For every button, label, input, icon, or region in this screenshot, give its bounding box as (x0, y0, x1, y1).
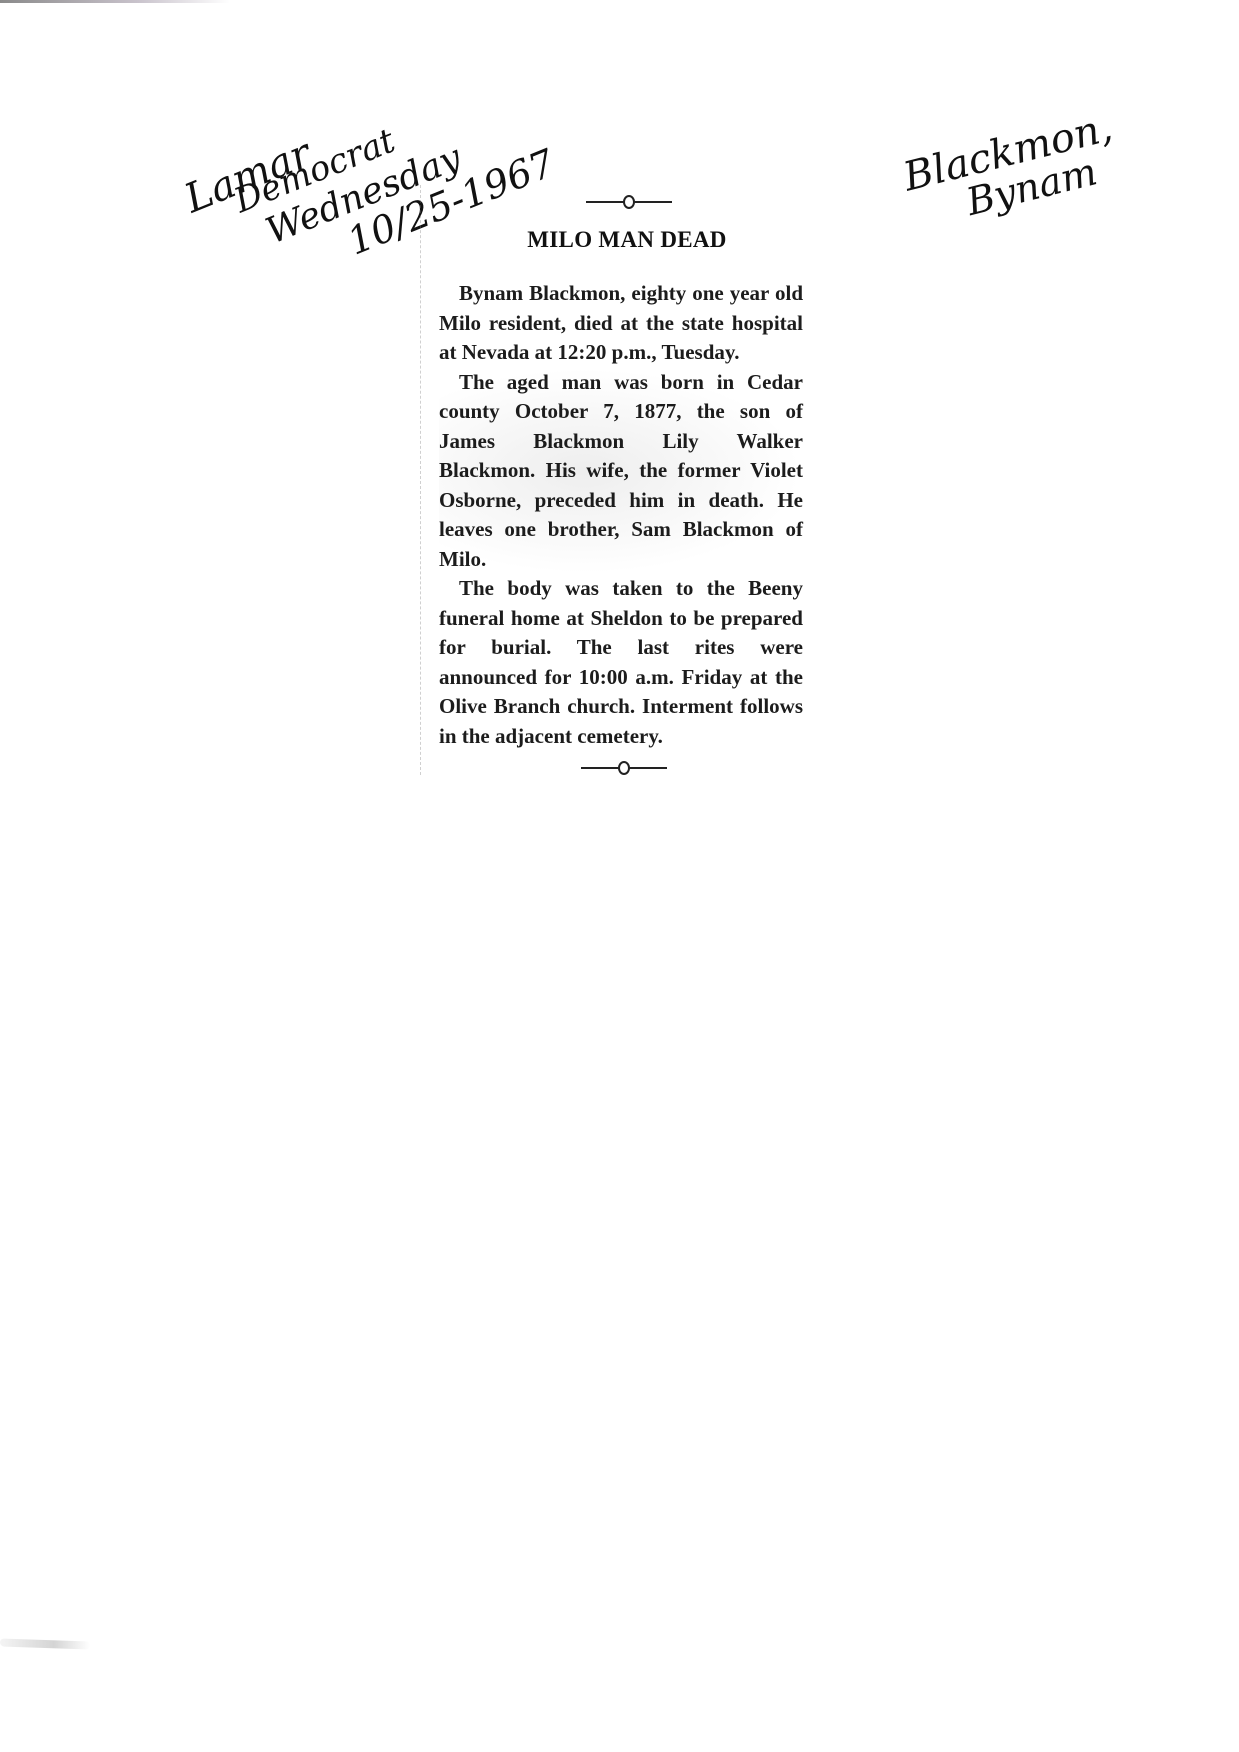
headline: MILO MAN DEAD (425, 227, 829, 253)
article-paragraph: The aged man was born in Cedar county Oc… (439, 368, 803, 575)
ornament-divider-bottom (419, 761, 829, 775)
article-paragraph: The body was taken to the Beeny funeral … (439, 574, 803, 751)
ornament-divider-top (429, 195, 829, 209)
article-paragraph: Bynam Blackmon, eighty one year old Milo… (439, 279, 803, 368)
scan-edge-artifact (0, 0, 230, 3)
article-body: Bynam Blackmon, eighty one year old Milo… (439, 279, 803, 751)
newspaper-clipping: MILO MAN DEAD Bynam Blackmon, eighty one… (420, 185, 829, 775)
scan-smudge-artifact (0, 1638, 90, 1649)
